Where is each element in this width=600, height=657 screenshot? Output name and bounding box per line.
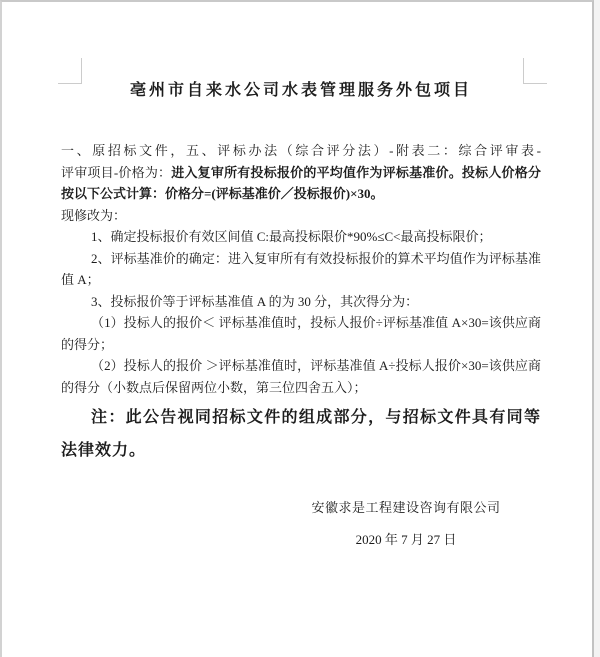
signature-company: 安徽求是工程建设咨询有限公司 bbox=[271, 493, 541, 523]
para-item-3: 3、投标报价等于评标基准值 A 的为 30 分，其次得分为： bbox=[61, 291, 541, 313]
text-boundary-mark-top-right bbox=[523, 58, 547, 84]
para-item-5: （2）投标人的报价 ＞评标基准值时，评标基准值 A÷投标人报价×30=该供应商的… bbox=[61, 355, 541, 398]
para-item-1: 1、确定投标报价有效区间值 C:最高投标限价*90%≤C<最高投标限价； bbox=[61, 226, 541, 248]
para-revision-label: 现修改为： bbox=[61, 205, 541, 227]
signature-date: 2020 年 7 月 27 日 bbox=[271, 523, 541, 556]
intro-line-1: 一、原招标文件，五、评标办法（综合评分法）-附表二：综合评审表- bbox=[61, 140, 541, 162]
signature-block: 安徽求是工程建设咨询有限公司 2020 年 7 月 27 日 bbox=[271, 493, 541, 556]
text-boundary-mark-top-left bbox=[58, 58, 82, 84]
para-item-4: （1）投标人的报价＜ 评标基准值时，投标人报价÷评标基准值 A×30=该供应商的… bbox=[61, 312, 541, 355]
para-item-2: 2、评标基准价的确定：进入复审所有有效投标报价的算术平均值作为评标基准值 A； bbox=[61, 248, 541, 291]
intro-line-2-prefix: 评审项目-价格为： bbox=[61, 165, 171, 180]
para-intro: 一、原招标文件，五、评标办法（综合评分法）-附表二：综合评审表-评审项目-价格为… bbox=[61, 140, 541, 205]
para-note: 注：此公告视同招标文件的组成部分，与招标文件具有同等法律效力。 bbox=[61, 401, 541, 467]
page-title: 亳州市自来水公司水表管理服务外包项目 bbox=[61, 78, 541, 104]
document-page: 亳州市自来水公司水表管理服务外包项目 一、原招标文件，五、评标办法（综合评分法）… bbox=[0, 0, 594, 657]
